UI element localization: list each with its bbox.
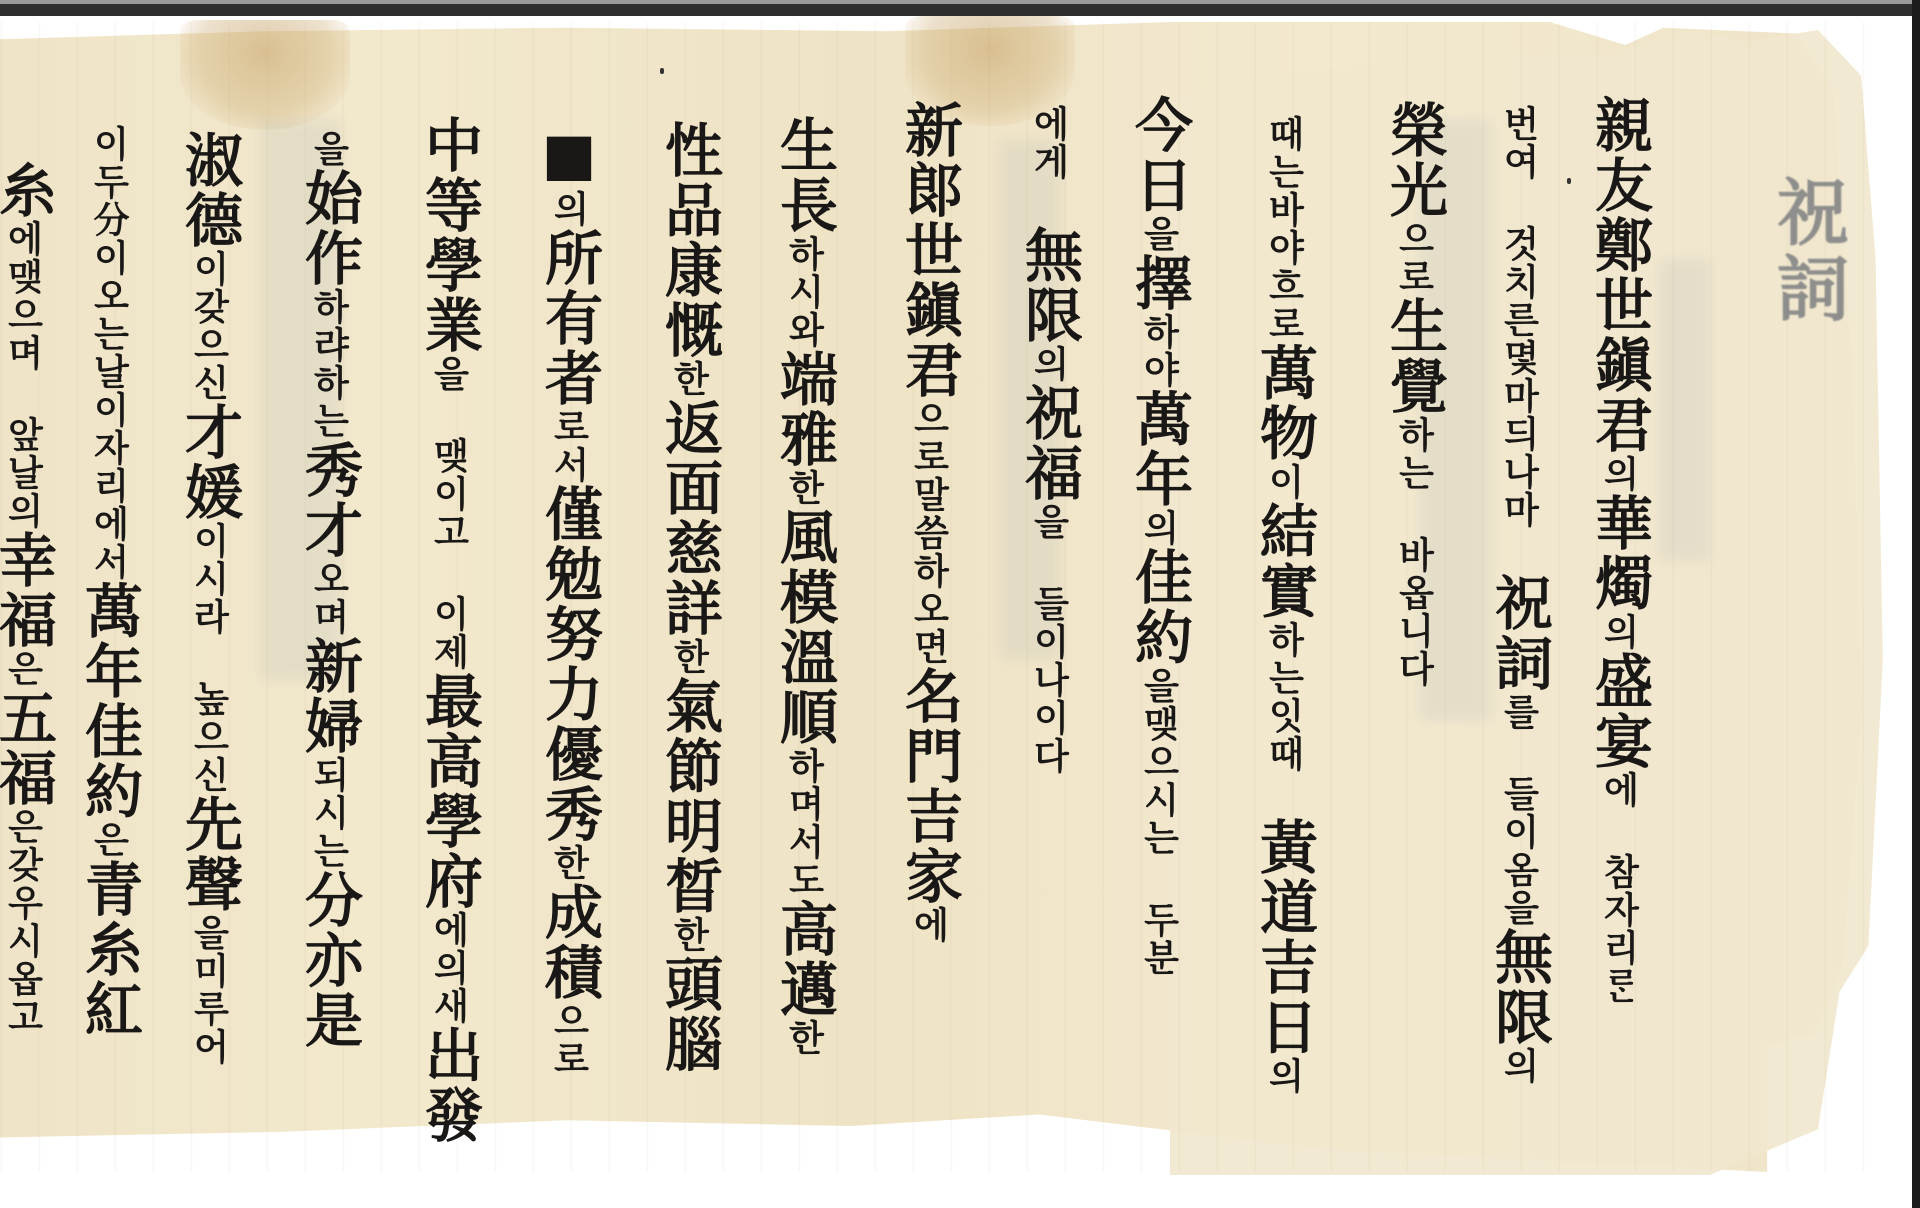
hangul-text: 의 — [1498, 1047, 1540, 1085]
water-stain-left — [180, 20, 350, 130]
scanner-right-edge — [1912, 0, 1920, 1208]
hangul-text: 되시는 — [308, 756, 350, 870]
hangul-text: 을 들이나이다 — [1028, 503, 1070, 775]
hangul-text: 에 — [908, 906, 950, 944]
hangul-text: ᄅᆞᆫ — [1598, 967, 1640, 1005]
text-column-2: 번여 것치른몇마듸나마 祝詞를 들이옴을無限의 — [1490, 105, 1548, 1085]
hanja-text: 青糸紅 — [75, 859, 143, 1039]
hangul-text: 은 — [88, 821, 130, 859]
hanja-text: ■ — [535, 120, 603, 190]
hangul-text: 번여 — [1498, 105, 1540, 225]
hangul-text: 의 — [1028, 345, 1070, 383]
hangul-text: 은 — [2, 650, 44, 688]
text-column-11: 中等學業을 맺이고 이제最高學府에의새出發 — [420, 115, 478, 1145]
hangul-text: 로서 — [548, 408, 590, 484]
hanja-text: 分亦是 — [295, 870, 363, 1050]
hangul-text: 의 — [1598, 613, 1640, 651]
hanja-text: 頭腦 — [655, 954, 723, 1074]
hanja-text: 無限 — [1485, 927, 1553, 1047]
text-column-6: 에게 無限의祝福을 들이나이다 — [1020, 105, 1078, 775]
text-column-15: 糸에맺으며 앞날의幸福은五福은갖우시옵고 — [0, 160, 52, 1036]
hangul-text: 으로 — [548, 1002, 590, 1078]
hangul-text: 오며 — [308, 560, 350, 636]
hanja-text: 糸 — [0, 160, 57, 220]
text-column-9: 性品康慨한返面慈詳한氣節明晳한頭腦 — [660, 120, 718, 1074]
hangul-text: 에의새 — [428, 911, 470, 1025]
hanja-text: 始作 — [295, 168, 363, 288]
hanja-text: 新婦 — [295, 636, 363, 756]
hanja-text: 返面慈詳 — [655, 398, 723, 638]
hangul-text: 하는잇때 — [1263, 621, 1305, 817]
hanja-text: 所有者 — [535, 228, 603, 408]
ink-bleed-through — [1660, 260, 1710, 560]
text-column-4: 때는바야흐로萬物이結實하는잇때 黃道吉日의 — [1255, 115, 1313, 1095]
hanja-text: 高邁 — [770, 899, 838, 1019]
hanja-text: 黃道吉日 — [1250, 817, 1318, 1057]
hanja-text: 才媛 — [175, 402, 243, 522]
hanja-text: 祝福 — [1015, 383, 1083, 503]
hangul-text: 것치른몇마듸나마 — [1498, 225, 1540, 573]
hanja-text: 佳約 — [1125, 547, 1193, 667]
text-column-10: ■의所有者로서僅勉努力優秀한成積으로 — [540, 120, 598, 1078]
hangul-text: 의 — [1263, 1057, 1305, 1095]
hanja-text: 五福 — [0, 688, 57, 808]
hanja-text: 淑德 — [175, 130, 243, 250]
scanner-top-highlight — [0, 0, 1920, 4]
hangul-text: 이시라 — [188, 522, 230, 680]
hangul-text: 은갖우시옵고 — [2, 808, 44, 1036]
hanja-text: 萬年 — [1125, 389, 1193, 509]
hanja-text: 先聲 — [175, 794, 243, 914]
hangul-text: 한 — [783, 1019, 825, 1057]
hangul-text: 높으신 — [188, 680, 230, 794]
faded-title-mark: 祝詞 — [1755, 175, 1859, 327]
text-column-13: 淑德이갖으신才媛이시라 높으신先聲을미루어 — [180, 130, 238, 1066]
ink-speck — [1567, 178, 1571, 184]
hanja-text: 萬年佳約 — [75, 581, 143, 821]
hanja-text: 成積 — [535, 882, 603, 1002]
hangul-text: 이두分이오는날이자리에서 — [88, 125, 130, 581]
hangul-text: 이 — [1263, 463, 1305, 501]
hangul-text: 을미루어 — [188, 914, 230, 1066]
hangul-text: 으로말씀하오면 — [908, 400, 950, 666]
hanja-text: 無限 — [1015, 225, 1083, 345]
hangul-text: 에 참자리 — [1598, 771, 1640, 967]
hanja-text: 華燭 — [1585, 493, 1653, 613]
hanja-text: 出發 — [415, 1025, 483, 1145]
hangul-text: 을맺으시는 두분 — [1138, 667, 1180, 977]
hangul-text: 하며서도 — [783, 747, 825, 899]
hangul-text: 때는바야흐로 — [1263, 115, 1305, 343]
hangul-text: 의 — [548, 190, 590, 228]
hanja-text: 擇 — [1125, 253, 1193, 313]
hangul-text: 이제 — [428, 595, 470, 671]
hangul-text: 을 — [308, 130, 350, 168]
hangul-text: 의 — [1138, 509, 1180, 547]
hanja-text: 結實 — [1250, 501, 1318, 621]
hangul-text: 의 — [1598, 455, 1640, 493]
hanja-text: 名門吉家 — [895, 666, 963, 906]
hanja-text: 萬物 — [1250, 343, 1318, 463]
hanja-text: 性品康慨 — [655, 120, 723, 360]
text-column-8: 生長하시와端雅한風模溫順하며서도高邁한 — [775, 115, 833, 1057]
scanned-document: 祝詞 親友鄭世鎭君의華燭의盛宴에 참자리ᄅᆞᆫ 번여 것치른몇마듸나마 祝詞를 … — [0, 0, 1920, 1208]
text-column-12: 을始作하랴하는秀才오며新婦되시는分亦是 — [300, 130, 358, 1050]
hangul-text: 에맺으며 앞날의 — [2, 220, 44, 530]
hangul-text: 한 — [668, 916, 710, 954]
hangul-text: 이갖으신 — [188, 250, 230, 402]
hanja-text: 中等學業 — [415, 115, 483, 355]
hanja-text: 盛宴 — [1585, 651, 1653, 771]
hangul-text: 을 맺이고 — [428, 355, 470, 595]
hangul-text: 한 — [668, 360, 710, 398]
hangul-text: 를 들이옴을 — [1498, 693, 1540, 927]
hangul-text: 하는 바옵니다 — [1393, 416, 1435, 688]
text-column-7: 新郞世鎭君으로말씀하오면名門吉家에 — [900, 100, 958, 944]
text-column-14: 이두分이오는날이자리에서萬年佳約은青糸紅 — [80, 125, 138, 1039]
hangul-text: 하시와 — [783, 235, 825, 349]
hangul-text: 을 — [1138, 215, 1180, 253]
hangul-text: 한 — [668, 638, 710, 676]
hanja-text: 風模溫順 — [770, 507, 838, 747]
hanja-text: 榮光 — [1380, 100, 1448, 220]
hanja-text: 幸福 — [0, 530, 57, 650]
hangul-text: 하야 — [1138, 313, 1180, 389]
hanja-text: 僅勉努力優秀 — [535, 484, 603, 844]
hanja-text: 端雅 — [770, 349, 838, 469]
hanja-text: 秀才 — [295, 440, 363, 560]
hanja-text: 氣節明晳 — [655, 676, 723, 916]
hanja-text: 最高學府 — [415, 671, 483, 911]
text-column-3: 榮光으로生覺하는 바옵니다 — [1385, 100, 1443, 688]
hanja-text: 祝詞 — [1485, 573, 1553, 693]
scanner-top-edge — [0, 0, 1920, 16]
hangul-text: 에게 — [1028, 105, 1070, 225]
ink-speck — [660, 68, 664, 74]
hangul-text: 으로 — [1393, 220, 1435, 296]
hanja-text: 今日 — [1125, 95, 1193, 215]
hanja-text: 生覺 — [1380, 296, 1448, 416]
hanja-text: 新郞世鎭君 — [895, 100, 963, 400]
hanja-text: 生長 — [770, 115, 838, 235]
hangul-text: 한 — [548, 844, 590, 882]
hangul-text: 한 — [783, 469, 825, 507]
text-column-5: 今日을擇하야萬年의佳約을맺으시는 두분 — [1130, 95, 1188, 977]
hangul-text: 하랴하는 — [308, 288, 350, 440]
hanja-text: 親友鄭世鎭君 — [1585, 95, 1653, 455]
text-column-1: 親友鄭世鎭君의華燭의盛宴에 참자리ᄅᆞᆫ — [1590, 95, 1648, 1005]
